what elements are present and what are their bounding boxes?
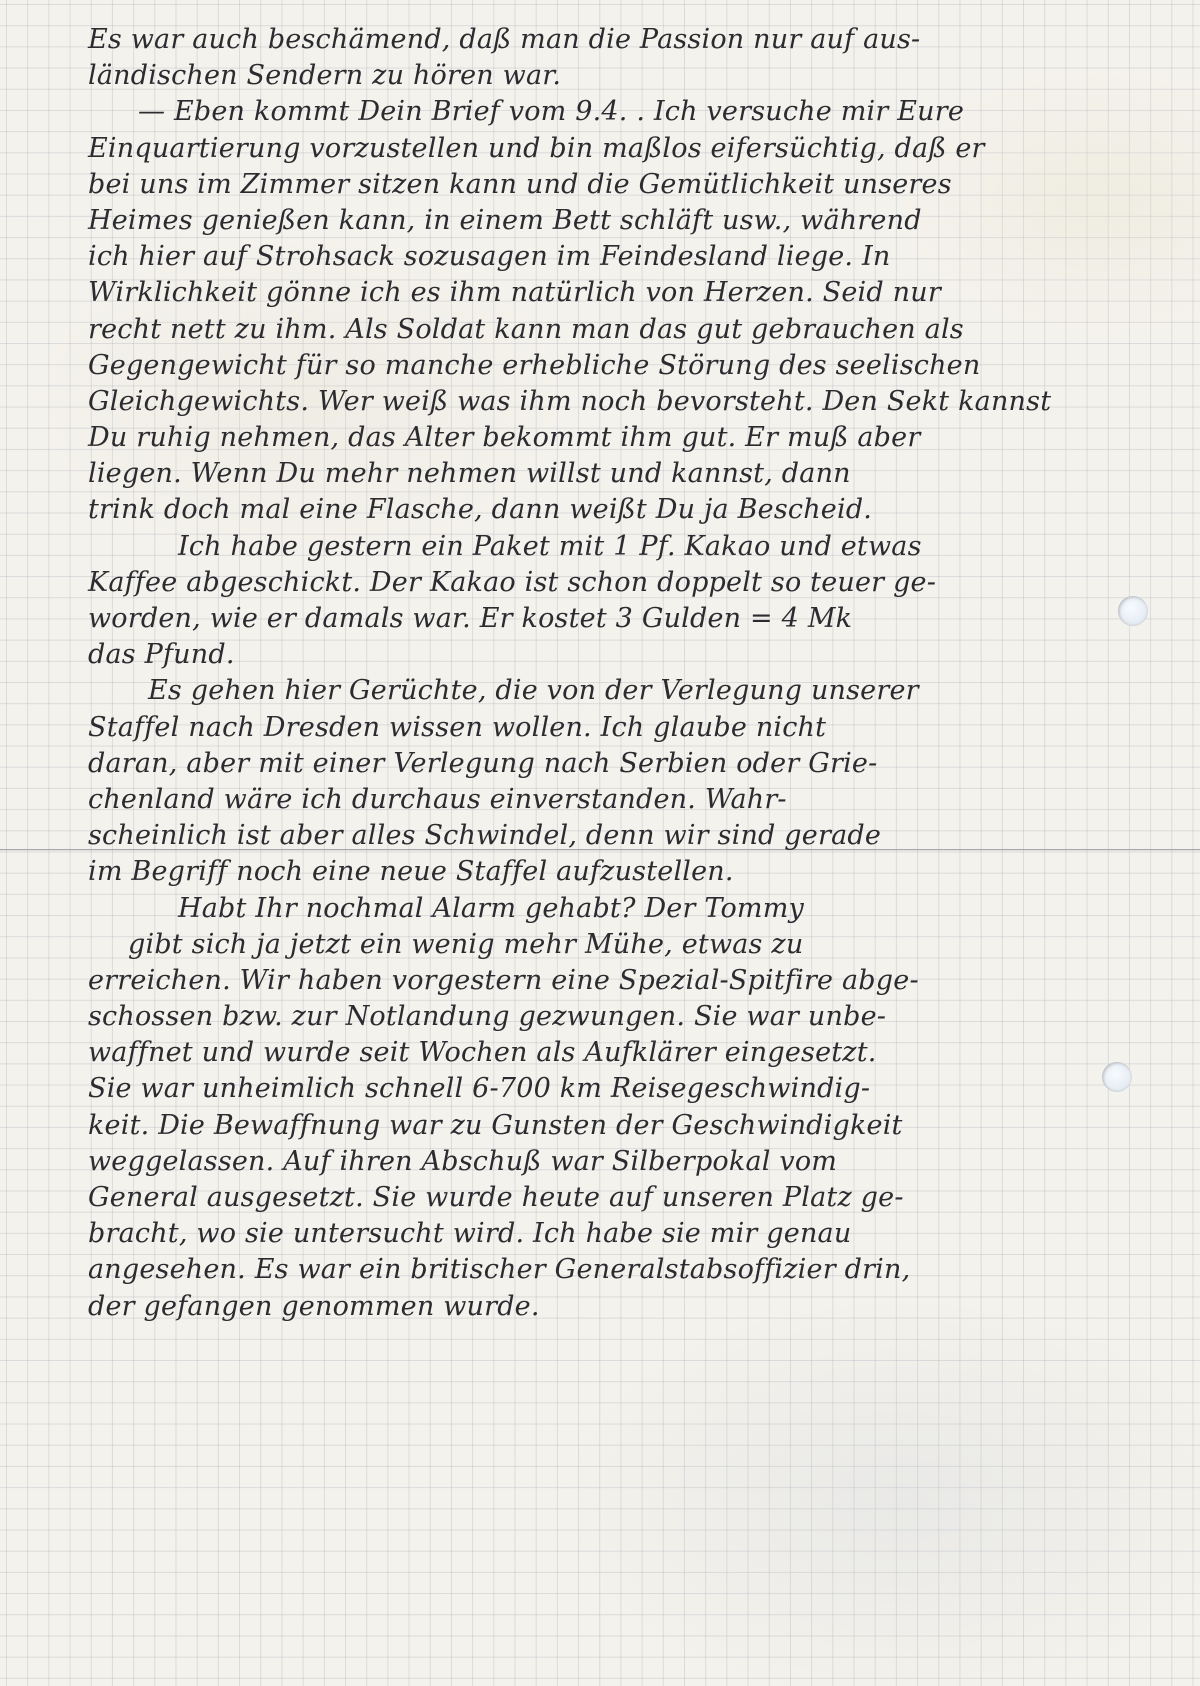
text-line: liegen. Wenn Du mehr nehmen willst und k… (88, 456, 1168, 492)
letter-page: Es war auch beschämend, daß man die Pass… (0, 0, 1200, 1686)
text-line: worden, wie er damals war. Er kostet 3 G… (88, 601, 1168, 637)
text-line: chenland wäre ich durchaus einverstanden… (88, 782, 1168, 818)
text-line: Gegengewicht für so manche erhebliche St… (88, 348, 1168, 384)
text-line: Heimes genießen kann, in einem Bett schl… (88, 203, 1168, 239)
letter-body: Es war auch beschämend, daß man die Pass… (88, 22, 1168, 1325)
text-line: Kaffee abgeschickt. Der Kakao ist schon … (88, 565, 1168, 601)
text-line: angesehen. Es war ein britischer General… (88, 1252, 1168, 1288)
text-line: bracht, wo sie untersucht wird. Ich habe… (88, 1216, 1168, 1252)
text-line: Habt Ihr nochmal Alarm gehabt? Der Tommy (88, 891, 1168, 927)
text-line: erreichen. Wir haben vorgestern eine Spe… (88, 963, 1168, 999)
text-line: waffnet und wurde seit Wochen als Aufklä… (88, 1035, 1168, 1071)
text-line: Einquartierung vorzustellen und bin maßl… (88, 131, 1168, 167)
text-line: Ich habe gestern ein Paket mit 1 Pf. Kak… (88, 529, 1168, 565)
text-line: weggelassen. Auf ihren Abschuß war Silbe… (88, 1144, 1168, 1180)
text-line: trink doch mal eine Flasche, dann weißt … (88, 492, 1168, 528)
text-line: schossen bzw. zur Notlandung gezwungen. … (88, 999, 1168, 1035)
text-line: General ausgesetzt. Sie wurde heute auf … (88, 1180, 1168, 1216)
text-line: gibt sich ja jetzt ein wenig mehr Mühe, … (88, 927, 1168, 963)
text-line: Du ruhig nehmen, das Alter bekommt ihm g… (88, 420, 1168, 456)
text-line: ich hier auf Strohsack sozusagen im Fein… (88, 239, 1168, 275)
text-line: Staffel nach Dresden wissen wollen. Ich … (88, 710, 1168, 746)
text-line: daran, aber mit einer Verlegung nach Ser… (88, 746, 1168, 782)
text-line: bei uns im Zimmer sitzen kann und die Ge… (88, 167, 1168, 203)
text-line: keit. Die Bewaffnung war zu Gunsten der … (88, 1108, 1168, 1144)
text-line: Sie war unheimlich schnell 6-700 km Reis… (88, 1071, 1168, 1107)
text-line: Wirklichkeit gönne ich es ihm natürlich … (88, 275, 1168, 311)
text-line: ländischen Sendern zu hören war. (88, 58, 1168, 94)
text-line: scheinlich ist aber alles Schwindel, den… (88, 818, 1168, 854)
text-line: das Pfund. (88, 637, 1168, 673)
text-line: — Eben kommt Dein Brief vom 9.4. . Ich v… (88, 94, 1168, 130)
text-line: Gleichgewichts. Wer weiß was ihm noch be… (88, 384, 1168, 420)
text-line: Es war auch beschämend, daß man die Pass… (88, 22, 1168, 58)
text-line: im Begriff noch eine neue Staffel aufzus… (88, 854, 1168, 890)
text-line: der gefangen genommen wurde. (88, 1289, 1168, 1325)
text-line: Es gehen hier Gerüchte, die von der Verl… (88, 673, 1168, 709)
text-line: recht nett zu ihm. Als Soldat kann man d… (88, 312, 1168, 348)
